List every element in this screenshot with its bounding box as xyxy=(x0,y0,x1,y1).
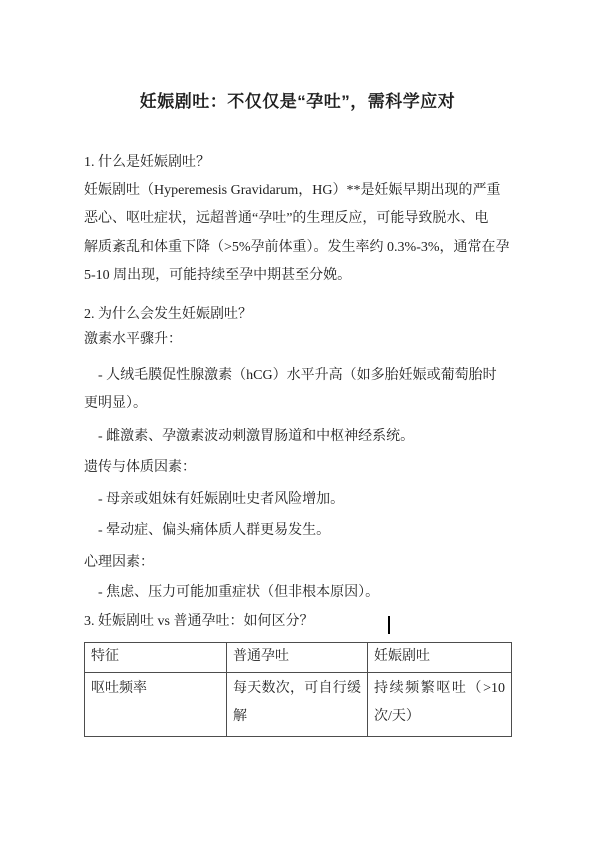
cause-genetic-item-2[interactable]: - 晕动症、偏头痛体质人群更易发生。 xyxy=(84,517,512,545)
comparison-table: 特征 普通孕吐 妊娠剧吐 呕吐频率 每天数次，可自行缓解 持续频繁呕吐（>10 … xyxy=(84,642,512,737)
document-title[interactable]: 妊娠剧吐：不仅仅是“孕吐”，需科学应对 xyxy=(84,88,511,115)
cause-hormone-item-1[interactable]: - 人绒毛膜促性腺激素（hCG）水平升高（如多胎妊娠或葡萄胎时 更明显）。 xyxy=(84,362,512,419)
cause-genetic-item-1[interactable]: - 母亲或姐妹有妊娠剧吐史者风险增加。 xyxy=(84,486,512,514)
table-header-cell-normal[interactable]: 普通孕吐 xyxy=(227,643,368,673)
table-cell-feature[interactable]: 呕吐频率 xyxy=(85,673,227,737)
cause-hormone-label[interactable]: 激素水平骤升： xyxy=(84,326,512,354)
cause-psych-item-1[interactable]: - 焦虑、压力可能加重症状（但非根本原因）。 xyxy=(84,579,512,607)
table-header-cell-feature[interactable]: 特征 xyxy=(85,643,227,673)
cause-psych-label[interactable]: 心理因素： xyxy=(84,549,512,577)
table-cell-hg[interactable]: 持续频繁呕吐（>10 次/天） xyxy=(368,673,512,737)
text-cursor xyxy=(388,616,390,634)
table-header-row: 特征 普通孕吐 妊娠剧吐 xyxy=(85,643,512,673)
section-1-heading[interactable]: 1. 什么是妊娠剧吐？ xyxy=(84,149,512,177)
section-1-body[interactable]: 妊娠剧吐（Hyperemesis Gravidarum，HG）**是妊娠早期出现… xyxy=(84,177,512,291)
table-row: 呕吐频率 每天数次，可自行缓解 持续频繁呕吐（>10 次/天） xyxy=(85,673,512,737)
table-cell-normal[interactable]: 每天数次，可自行缓解 xyxy=(227,673,368,737)
cause-hormone-item-2[interactable]: - 雌激素、孕激素波动刺激胃肠道和中枢神经系统。 xyxy=(84,423,512,451)
table-header-cell-hg[interactable]: 妊娠剧吐 xyxy=(368,643,512,673)
section-3-heading[interactable]: 3. 妊娠剧吐 vs 普通孕吐：如何区分？ xyxy=(84,608,512,636)
document-page: 妊娠剧吐：不仅仅是“孕吐”，需科学应对 1. 什么是妊娠剧吐？ 妊娠剧吐（Hyp… xyxy=(0,0,595,841)
cause-genetic-label[interactable]: 遗传与体质因素： xyxy=(84,454,512,482)
